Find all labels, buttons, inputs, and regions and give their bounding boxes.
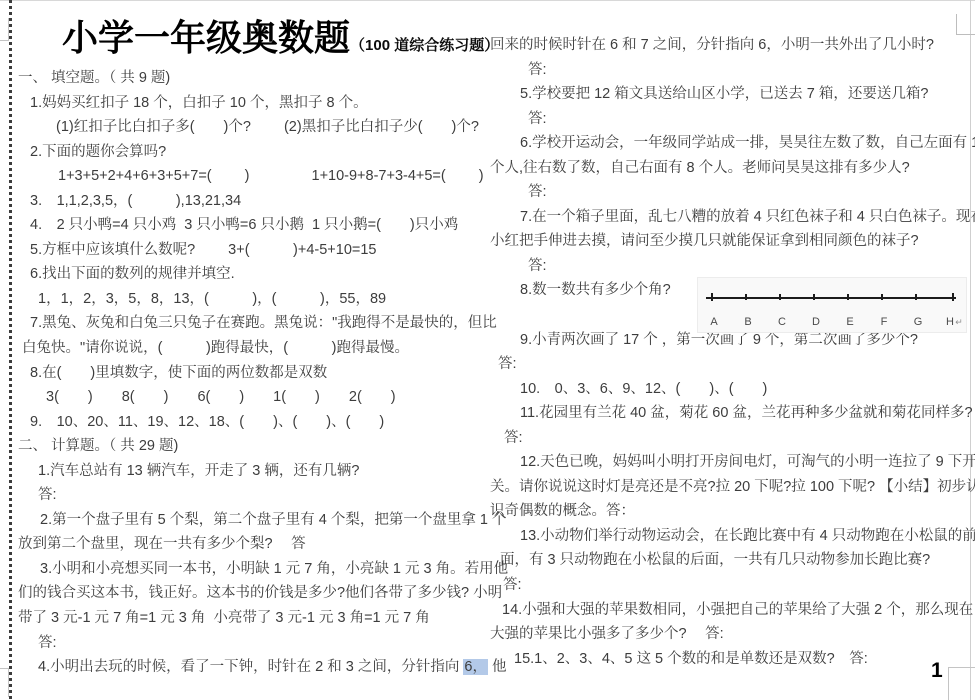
text-line: 识奇偶数的概念。答： (490, 499, 968, 524)
text-line: 关。请你说说这时灯是亮还是不亮?拉 20 下呢?拉 100 下呢? 【小结】初步… (490, 475, 968, 500)
text-line: 白兔快。"请你说说，( )跑得最快，( )跑得最慢。 (18, 336, 484, 361)
point-label: A (710, 317, 717, 328)
text-line: 11.花园里有兰花 40 盆，菊花 60 盆，兰花再种多少盆就和菊花同样多? (490, 401, 968, 426)
text-segment: 4.小明出去玩的时候，看了一下钟，时针在 2 和 3 之间，分针指向 (38, 659, 459, 675)
text-line: 回来的时候时针在 6 和 7 之间，分针指向 6，小明一共外出了几小时? (490, 33, 968, 58)
text-line: 1，1，2，3，5，8，13，( )，( )，55，89 (18, 287, 484, 312)
text-line-with-field: 4.小明出去玩的时候，看了一下钟，时针在 2 和 3 之间，分针指向 6， 他 (18, 655, 484, 680)
left-column-text: 一、 填空题。（ 共 9 题) 1.妈妈买红扣子 18 个，白扣子 10 个，黑… (18, 66, 484, 680)
tick-mark (745, 294, 747, 300)
text-line: 个人,往右数了数，自己右面有 8 个人。老师问昊昊这排有多少人? (490, 156, 968, 181)
point-label: H (946, 317, 954, 328)
text-line: 5.学校要把 12 箱文具送给山区小学，已送去 7 箱，还要送几箱? (490, 82, 968, 107)
point-label: B (744, 317, 751, 328)
text-line: 12.天色已晚，妈妈叫小明打开房间电灯，可淘气的小明一连拉了 9 下开 (490, 450, 968, 475)
text-line: 2.第一个盘子里有 5 个梨，第二个盘子里有 4 个梨，把第一个盘里拿 1 个 (18, 508, 484, 533)
text-line: 7.在一个箱子里面，乱七八糟的放着 4 只红色袜子和 4 只白色袜子。现在 (490, 205, 968, 230)
text-line: 小红把手伸进去摸，请问至少摸几只就能保证拿到相同颜色的袜子? (490, 229, 968, 254)
point-label: D (812, 317, 820, 328)
point-label: G (914, 317, 923, 328)
tick-mark (813, 294, 815, 300)
text-line: 3. 1,1,2,3,5，( ),13,21,34 (18, 189, 484, 214)
point-label: C (778, 317, 786, 328)
text-line: 13.小动物们举行动物运动会，在长跑比赛中有 4 只动物跑在小松鼠的前 (490, 524, 968, 549)
tick-mark (847, 294, 849, 300)
page-top-edge (0, 0, 975, 1)
text-line: 3.小明和小亮想买同一本书，小明缺 1 元 7 角，小亮缺 1 元 3 角。若用… (18, 557, 484, 582)
text-line: 1+3+5+2+4+6+3+5+7=( ) 1+10-9+8-7+3-4+5=(… (18, 164, 484, 189)
text-line: 1.汽车总站有 13 辆汽车，开走了 3 辆，还有几辆? (18, 459, 484, 484)
text-line: 放到第二个盘里，现在一共有多少个梨? 答 (18, 532, 484, 557)
text-line: 6.学校开运动会，一年级同学站成一排，昊昊往左数了数，自己左面有 10 (490, 131, 968, 156)
text-line: 14.小强和大强的苹果数相同，小强把自己的苹果给了大强 2 个，那么现在 (490, 598, 968, 623)
text-line: 3( ) 8( ) 6( ) 1( ) 2( ) (18, 385, 484, 410)
text-line: 带了 3 元-1 元 7 角=1 元 3 角 小亮带了 3 元-1 元 3 角=… (18, 606, 484, 631)
right-column-text: 回来的时候时针在 6 和 7 之间，分针指向 6，小明一共外出了几小时? 答: … (490, 33, 968, 671)
answer-line: 答: (490, 352, 968, 377)
answer-line: 答: (490, 58, 968, 83)
left-column: 小学一年级奥数题（100 道综合练习题） 一、 填空题。（ 共 9 题) 1.妈… (18, 10, 484, 680)
text-line: 2.下面的题你会算吗? (18, 140, 484, 165)
paragraph-mark: ↵ (955, 317, 963, 328)
text-line: 8.在( )里填数字，使下面的两位数都是双数 (18, 361, 484, 386)
margin-mark-bottom-right (948, 667, 975, 700)
text-line: 们的钱合买这本书，钱正好。这本书的价钱是多少?他们各带了多少钱? 小明 (18, 581, 484, 606)
highlighted-field[interactable]: 6， (463, 659, 488, 675)
answer-line: 答: (490, 180, 968, 205)
answer-line: 答: (490, 254, 968, 279)
tick-mark (779, 294, 781, 300)
point-label: F (881, 317, 888, 328)
text-line: 5.方框中应该填什么数呢? 3+( )+4-5+10=15 (18, 238, 484, 263)
point-label: E (846, 317, 853, 328)
text-line: (1)红扣子比白扣子多( )个? (2)黑扣子比白扣子少( )个? (18, 115, 484, 140)
answer-line: 答: (18, 483, 484, 508)
tick-mark (711, 293, 713, 301)
text-boundary-dotted-border (9, 0, 12, 700)
right-column: 回来的时候时针在 6 和 7 之间，分针指向 6，小明一共外出了几小时? 答: … (490, 33, 968, 671)
angle-count-figure: A B C D E F G H ↵ (697, 277, 967, 333)
title-subtitle: （100 道综合练习题） (350, 37, 499, 54)
section-heading: 二、 计算题。（ 共 29 题) (18, 434, 484, 459)
margin-mark-top-right (956, 14, 975, 35)
document-title: 小学一年级奥数题（100 道综合练习题） (18, 10, 484, 56)
tick-mark (915, 294, 917, 300)
text-line: 10. 0、3、6、9、12、( )、( ) (490, 377, 968, 402)
answer-line: 答: (18, 631, 484, 656)
tick-mark (881, 294, 883, 300)
text-line: 6.找出下面的数列的规律并填空. (18, 262, 484, 287)
text-line: 4. 2 只小鸭=4 只小鸡 3 只小鸭=6 只小鹅 1 只小鹅=( )只小鸡 (18, 213, 484, 238)
title-main: 小学一年级奥数题 (62, 17, 350, 58)
answer-line: 答: (490, 426, 968, 451)
text-line: 15.1、2、3、4、5 这 5 个数的和是单数还是双数? 答: (490, 647, 968, 672)
answer-line: 答: (490, 573, 968, 598)
page-right-edge (970, 0, 971, 700)
page-number: 1 (931, 659, 943, 683)
text-line: 1.妈妈买红扣子 18 个，白扣子 10 个，黑扣子 8 个。 (18, 91, 484, 116)
answer-line: 答: (490, 107, 968, 132)
text-line: 面，有 3 只动物跑在小松鼠的后面，一共有几只动物参加长跑比赛? (490, 548, 968, 573)
margin-mark-bottom-left (0, 668, 9, 697)
section-heading: 一、 填空题。（ 共 9 题) (18, 66, 484, 91)
tick-mark (952, 293, 954, 301)
text-line: 9. 10、20、11、19、12、18、( )、( )、( ) (18, 410, 484, 435)
text-line: 大强的苹果比小强多了多少个? 答: (490, 622, 968, 647)
margin-mark-top-left (0, 18, 9, 41)
text-line: 7.黑兔、灰兔和白兔三只兔子在赛跑。黑兔说："我跑得不是最快的，但比 (18, 311, 484, 336)
number-line (706, 297, 956, 299)
